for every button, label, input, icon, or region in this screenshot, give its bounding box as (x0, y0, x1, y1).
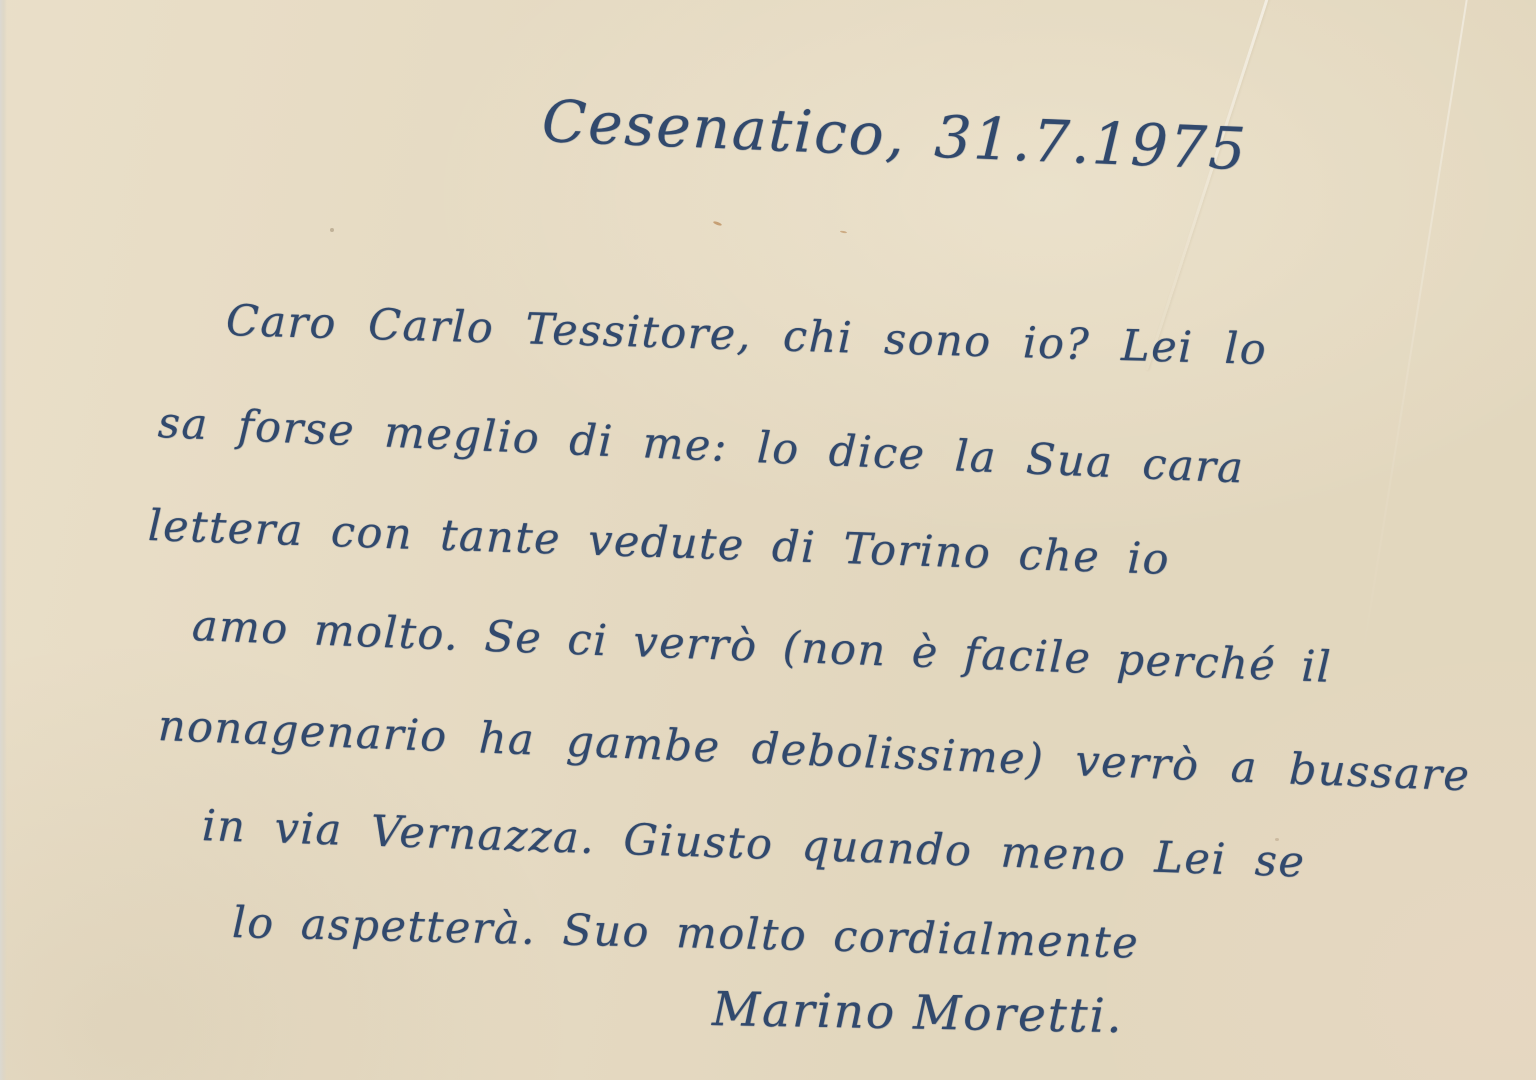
letter-body-line: lo aspetterà. Suo molto cordialmente (232, 902, 1140, 966)
letter-body-line: sa forse meglio di me: lo dice la Sua ca… (157, 402, 1245, 490)
paper-speck (330, 228, 334, 232)
letter-body-line: Caro Carlo Tessitore, chi sono io? Lei l… (225, 300, 1267, 372)
paper-speck (840, 230, 847, 233)
letter-body-line: in via Vernazza. Giusto quando meno Lei … (201, 805, 1306, 885)
paper-crease (1145, 0, 1278, 370)
paper-scan-edge (0, 0, 7, 1080)
paper-crease (1360, 0, 1471, 666)
letter-signature: Marino Moretti. (712, 986, 1124, 1040)
letter-body-line: nonagenario ha gambe debolissime) verrò … (157, 705, 1471, 798)
paper-speck (713, 221, 722, 227)
letter-body-line: amo molto. Se ci verrò (non è facile per… (191, 605, 1332, 690)
letter-paper: Cesenatico, 31.7.1975 Caro Carlo Tessito… (0, 0, 1536, 1080)
letter-body-line: lettera con tante vedute di Torino che i… (147, 505, 1170, 582)
letter-dateline: Cesenatico, 31.7.1975 (541, 92, 1249, 178)
